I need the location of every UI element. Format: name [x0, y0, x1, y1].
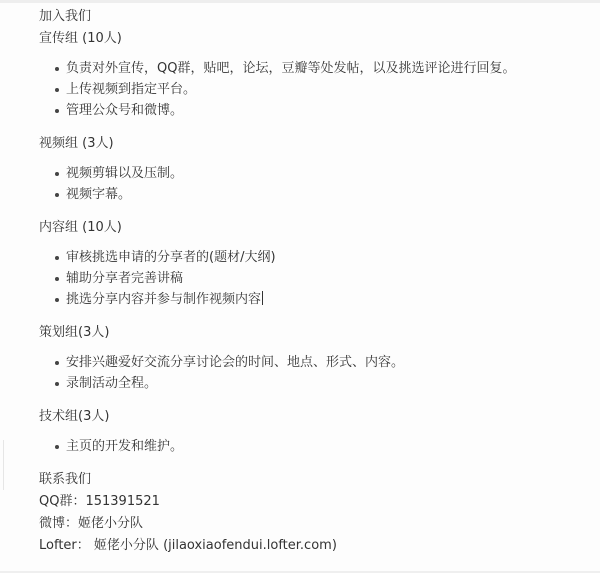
bullet-icon	[55, 88, 59, 92]
list-item: 视频剪辑以及压制。	[39, 163, 579, 184]
bullet-icon	[55, 193, 59, 197]
list-item: 负责对外宣传，QQ群，贴吧，论坛，豆瓣等处发帖，以及挑选评论进行回复。	[39, 58, 579, 79]
bullet-icon	[55, 67, 59, 71]
bullet-icon	[55, 109, 59, 113]
bullet-icon	[55, 277, 59, 281]
lofter-name: 姬佬小分队	[94, 538, 159, 553]
list-item: 辅助分享者完善讲稿	[39, 268, 579, 289]
group-title: 技术组(3人)	[39, 406, 579, 428]
contact-qq: QQ群：151391521	[39, 491, 579, 513]
list-item-text: 视频字幕。	[66, 187, 131, 202]
group-task-list: 安排兴趣爱好交流分享讨论会的时间、地点、形式、内容。 录制活动全程。	[39, 352, 579, 394]
list-item: 上传视频到指定平台。	[39, 79, 579, 100]
page-title: 加入我们	[39, 6, 579, 28]
group-tech: 技术组(3人) 主页的开发和维护。	[39, 406, 579, 457]
list-item: 审核挑选申请的分享者的(题材/大纲)	[39, 247, 579, 268]
list-item[interactable]: 挑选分享内容并参与制作视频内容	[39, 289, 579, 310]
list-item-text: 管理公众号和微博。	[66, 103, 183, 118]
list-item-text: 负责对外宣传，QQ群，贴吧，论坛，豆瓣等处发帖，以及挑选评论进行回复。	[66, 61, 515, 76]
qq-number: 151391521	[85, 494, 159, 509]
group-planning: 策划组(3人) 安排兴趣爱好交流分享讨论会的时间、地点、形式、内容。 录制活动全…	[39, 322, 579, 394]
list-item-text: 视频剪辑以及压制。	[66, 166, 183, 181]
group-title: 内容组 (10人)	[39, 217, 579, 239]
list-item: 视频字幕。	[39, 184, 579, 205]
group-task-list: 审核挑选申请的分享者的(题材/大纲) 辅助分享者完善讲稿 挑选分享内容并参与制作…	[39, 247, 579, 310]
bullet-icon	[55, 382, 59, 386]
text-cursor	[262, 291, 263, 305]
list-item-text: 审核挑选申请的分享者的(题材/大纲)	[66, 250, 276, 265]
contact-lofter: Lofter： 姬佬小分队 (jilaoxiaofendui.lofter.co…	[39, 535, 579, 557]
contact-section: 联系我们 QQ群：151391521 微博：姬佬小分队 Lofter： 姬佬小分…	[39, 469, 579, 557]
list-item-text: 上传视频到指定平台。	[66, 82, 196, 97]
group-title: 策划组(3人)	[39, 322, 579, 344]
lofter-link[interactable]: (jilaoxiaofendui.lofter.com)	[163, 538, 337, 553]
group-title: 视频组 (3人)	[39, 133, 579, 155]
bullet-icon	[55, 298, 59, 302]
group-title: 宣传组 (10人)	[39, 28, 579, 50]
top-border	[0, 0, 600, 3]
document-content: 加入我们 宣传组 (10人) 负责对外宣传，QQ群，贴吧，论坛，豆瓣等处发帖，以…	[39, 6, 579, 557]
group-task-list: 负责对外宣传，QQ群，贴吧，论坛，豆瓣等处发帖，以及挑选评论进行回复。 上传视频…	[39, 58, 579, 121]
group-content: 内容组 (10人) 审核挑选申请的分享者的(题材/大纲) 辅助分享者完善讲稿 挑…	[39, 217, 579, 310]
contact-weibo: 微博：姬佬小分队	[39, 513, 579, 535]
contact-title: 联系我们	[39, 469, 579, 491]
group-task-list: 视频剪辑以及压制。 视频字幕。	[39, 163, 579, 205]
bullet-icon	[55, 445, 59, 449]
bullet-icon	[55, 361, 59, 365]
weibo-name: 姬佬小分队	[78, 516, 143, 531]
group-task-list: 主页的开发和维护。	[39, 436, 579, 457]
weibo-label: 微博：	[39, 516, 78, 531]
list-item-text: 主页的开发和维护。	[66, 439, 183, 454]
qq-label: QQ群：	[39, 494, 85, 509]
list-item-text: 安排兴趣爱好交流分享讨论会的时间、地点、形式、内容。	[66, 355, 404, 370]
list-item-text[interactable]: 挑选分享内容并参与制作视频内容	[66, 292, 261, 307]
list-item: 主页的开发和维护。	[39, 436, 579, 457]
bullet-icon	[55, 256, 59, 260]
bullet-icon	[55, 172, 59, 176]
left-edge-panel	[0, 440, 4, 490]
lofter-label: Lofter：	[39, 538, 90, 553]
list-item-text: 录制活动全程。	[66, 376, 157, 391]
list-item: 管理公众号和微博。	[39, 100, 579, 121]
list-item: 录制活动全程。	[39, 373, 579, 394]
group-video: 视频组 (3人) 视频剪辑以及压制。 视频字幕。	[39, 133, 579, 205]
group-publicity: 宣传组 (10人) 负责对外宣传，QQ群，贴吧，论坛，豆瓣等处发帖，以及挑选评论…	[39, 28, 579, 121]
list-item-text: 辅助分享者完善讲稿	[66, 271, 183, 286]
list-item: 安排兴趣爱好交流分享讨论会的时间、地点、形式、内容。	[39, 352, 579, 373]
